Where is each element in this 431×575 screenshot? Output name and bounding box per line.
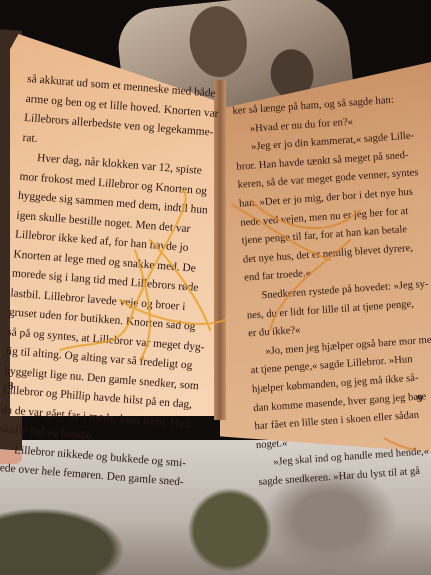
right-page-text: ker så længe på ham, og så sagde han: »H… (232, 90, 431, 493)
left-page-text: så akkurat ud som et menneske med både a… (0, 70, 222, 494)
page-number-right: 9 (417, 393, 423, 405)
page-number-left: 8 (8, 380, 14, 392)
photo-scene: så akkurat ud som et menneske med både a… (0, 0, 431, 575)
